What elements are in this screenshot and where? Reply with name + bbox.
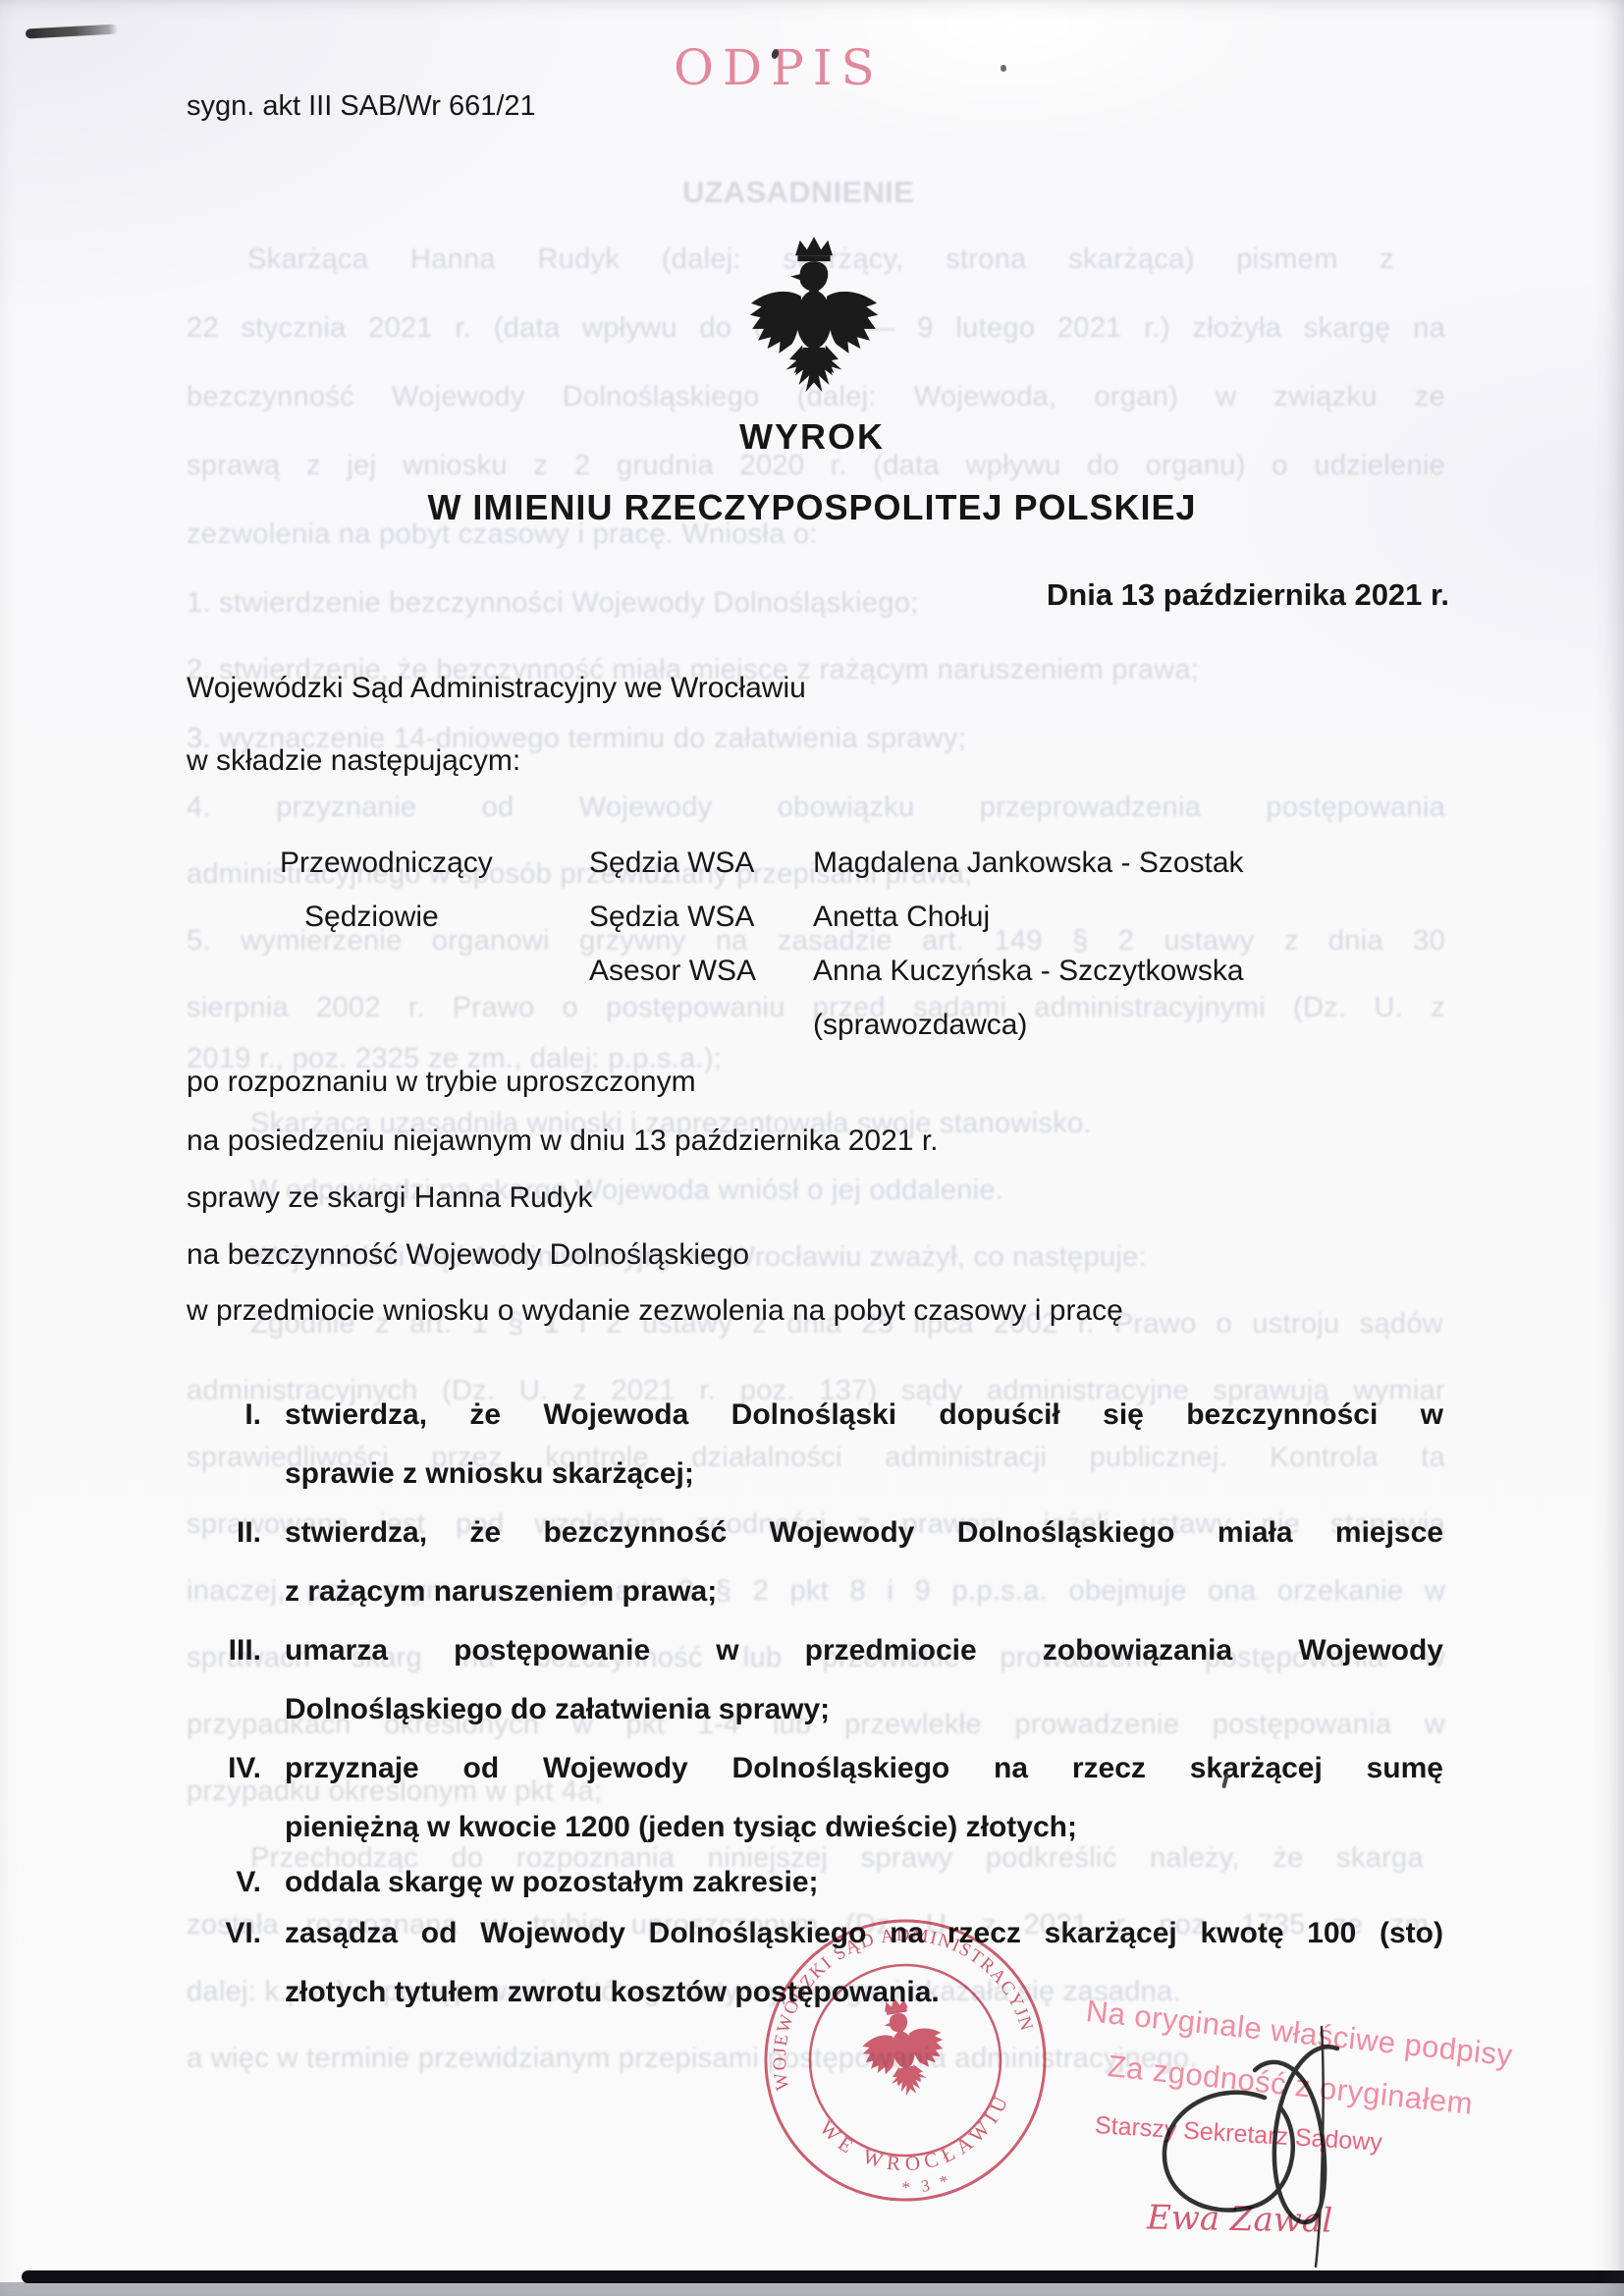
panel-row: PrzewodniczącySędzia WSAMagdalena Jankow… <box>0 847 1624 886</box>
bleedthrough-line: 4. przyznanie od Wojewody obowiązku prze… <box>187 792 1445 824</box>
scanned-court-judgment-page: UZASADNIENIESkarżąca Hanna Rudyk (dalej:… <box>0 0 1624 2296</box>
panel-judge-name: (sprawozdawca) <box>813 1009 1027 1042</box>
bleedthrough-line: UZASADNIENIE <box>636 175 960 210</box>
stamp-eagle-icon <box>854 1992 951 2103</box>
panel-row: (sprawozdawca) <box>0 1009 1624 1048</box>
court-name: Wojewódzki Sąd Administracyjny we Wrocła… <box>187 672 806 705</box>
recital-line: sprawy ze skargi Hanna Rudyk <box>187 1181 593 1215</box>
panel-judge-title: Asesor WSA <box>589 955 756 988</box>
recital-line: po rozpoznaniu w trybie uproszczonym <box>187 1066 696 1099</box>
ruling-number: II. <box>167 1516 261 1550</box>
scan-artifact-pen-streak <box>26 25 118 39</box>
court-round-stamp: WOJEWÓDZKI SĄD ADMINISTRACYJNY WE WROCŁA… <box>734 1889 1076 2231</box>
ruling-number: V. <box>167 1866 261 1899</box>
ruling-line: umarza postępowanie w przedmiocie zobowi… <box>285 1634 1443 1667</box>
svg-text:WE WROCŁAWIU: WE WROCŁAWIU <box>813 2084 1025 2192</box>
recital-line: na bezczynność Wojewody Dolnośląskiego <box>187 1238 749 1272</box>
ruling-line: pieniężną w kwocie 1200 (jeden tysiąc dw… <box>285 1811 1443 1844</box>
panel-intro: w składzie następującym: <box>187 744 520 778</box>
case-number: sygn. akt III SAB/Wr 661/21 <box>187 90 536 123</box>
panel-judge-name: Anetta Chołuj <box>813 901 990 934</box>
scan-artifact-dot <box>1001 65 1006 72</box>
ruling-line: oddala skargę w pozostałym zakresie; <box>285 1866 1443 1899</box>
panel-role: Sędziowie <box>304 901 439 934</box>
ruling-number: IV. <box>167 1752 261 1785</box>
recital-line: na posiedzeniu niejawnym w dniu 13 paźdz… <box>187 1124 938 1158</box>
panel-row: SędziowieSędzia WSAAnetta Chołuj <box>0 901 1624 940</box>
panel-judge-name: Magdalena Jankowska - Szostak <box>813 847 1244 880</box>
handwritten-signature <box>1129 2019 1424 2274</box>
panel-judge-name: Anna Kuczyńska - Szczytkowska <box>813 955 1244 988</box>
panel-judge-title: Sędzia WSA <box>589 901 754 934</box>
panel-role: Przewodniczący <box>280 847 493 880</box>
judgment-date: Dnia 13 października 2021 r. <box>0 577 1449 613</box>
ruling-line: z rażącym naruszeniem prawa; <box>285 1575 1443 1609</box>
ruling-number: VI. <box>167 1917 261 1950</box>
polish-eagle-emblem <box>735 236 893 410</box>
panel-row: Asesor WSAAnna Kuczyńska - Szczytkowska <box>0 955 1624 994</box>
recital-line: w przedmiocie wniosku o wydanie zezwolen… <box>187 1294 1123 1328</box>
panel-judge-title: Sędzia WSA <box>589 847 754 880</box>
ruling-number: III. <box>167 1634 261 1667</box>
ruling-line: stwierdza, że Wojewoda Dolnośląski dopuś… <box>285 1398 1443 1432</box>
scan-bottom-edge-line <box>22 2270 1624 2283</box>
odpis-copy-stamp: ODPIS <box>674 39 884 96</box>
ruling-line: sprawie z wniosku skarżącej; <box>285 1457 1443 1491</box>
stamp-arc-bottom-text: WE WROCŁAWIU <box>813 2084 1025 2192</box>
ruling-line: Dolnośląskiego do załatwienia sprawy; <box>285 1693 1443 1726</box>
ruling-line: przyznaje od Wojewody Dolnośląskiego na … <box>285 1752 1443 1785</box>
scan-bottom-gray-band <box>0 2282 1624 2296</box>
ruling-number: I. <box>167 1398 261 1432</box>
judgment-title: WYROK <box>0 416 1624 458</box>
judgment-subtitle: W IMIENIU RZECZYPOSPOLITEJ POLSKIEJ <box>0 487 1624 528</box>
ruling-line: stwierdza, że bezczynność Wojewody Dolno… <box>285 1516 1443 1550</box>
